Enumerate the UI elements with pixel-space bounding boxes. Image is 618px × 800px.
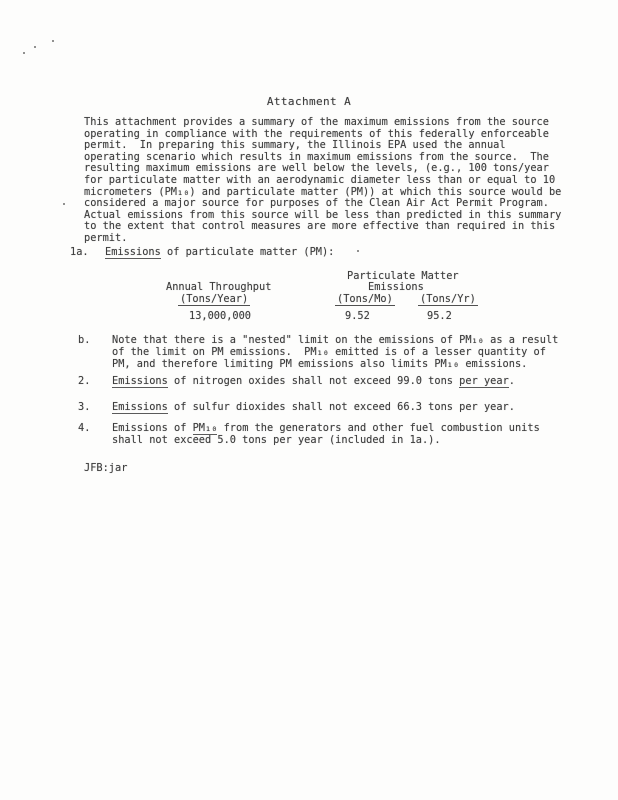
item-3-text: Emissions of sulfur dioxides shall not e… — [112, 401, 515, 413]
item-b-line: PM, and therefore limiting PM emissions … — [112, 358, 558, 370]
item-3-rest: of sulfur dioxides shall not exceed 66.3… — [168, 401, 515, 413]
intro-line: permit. — [84, 233, 604, 245]
tons-yr-label: (Tons/Yr) — [418, 293, 478, 306]
document-title: Attachment A — [0, 95, 618, 108]
item-3-number: 3. — [78, 401, 90, 413]
scanned-document-page: Attachment A This attachment provides a … — [0, 0, 618, 800]
item-4-line2: shall not exceed 5.0 tons per year (incl… — [112, 434, 540, 446]
item-4-line1: Emissions of PM₁₀ from the generators an… — [112, 422, 540, 434]
intro-line: to the extent that control measures are … — [84, 221, 604, 233]
item-1a-number: 1a. — [70, 246, 89, 258]
item-b-text: Note that there is a "nested" limit on t… — [112, 334, 558, 370]
tons-year-label: (Tons/Year) — [178, 293, 250, 306]
table-col2-units-mo: (Tons/Mo) — [337, 293, 393, 305]
item-2-per-year-underlined: per year — [459, 375, 509, 388]
intro-line: for particulate matter with an aerodynam… — [84, 175, 604, 187]
item-3-emissions-underlined: Emissions — [112, 401, 168, 414]
document-content: Attachment A This attachment provides a … — [0, 0, 618, 800]
item-2-end: . — [509, 375, 515, 387]
throughput-value: 13,000,000 — [189, 310, 251, 322]
table-col1-units: (Tons/Year) — [180, 293, 248, 305]
table-col2-header: Emissions — [368, 281, 424, 293]
intro-line: considered a major source for purposes o… — [84, 198, 604, 210]
tons-per-month-value: 9.52 — [345, 310, 370, 322]
item-2-number: 2. — [78, 375, 90, 387]
intro-line: This attachment provides a summary of th… — [84, 117, 604, 129]
item-4-number: 4. — [78, 422, 90, 434]
item-b-line: Note that there is a "nested" limit on t… — [112, 334, 558, 346]
signoff-initials: JFB:jar — [84, 462, 127, 474]
item-1a-rest: of particulate matter (PM): — [161, 246, 335, 258]
item-4-line1-post: from the generators and other fuel combu… — [217, 422, 539, 434]
item-b-line: of the limit on PM emissions. PM₁₀ emitt… — [112, 346, 558, 358]
item-2-emissions-underlined: Emissions — [112, 375, 168, 388]
table-col1-header: Annual Throughput — [166, 281, 271, 293]
item-1a-text: Emissions of particulate matter (PM): — [105, 246, 334, 258]
tons-per-year-value: 95.2 — [427, 310, 452, 322]
item-b-number: b. — [78, 334, 90, 346]
tons-mo-label: (Tons/Mo) — [335, 293, 395, 306]
item-1a-emissions-underlined: Emissions — [105, 246, 161, 259]
intro-paragraph: This attachment provides a summary of th… — [84, 117, 604, 245]
item-2-mid: of nitrogen oxides shall not exceed 99.0… — [168, 375, 459, 387]
item-4-line1-pre: Emissions of — [112, 422, 193, 434]
item-4-text: Emissions of PM₁₀ from the generators an… — [112, 422, 540, 446]
table-col2-units-yr: (Tons/Yr) — [420, 293, 476, 305]
item-2-text: Emissions of nitrogen oxides shall not e… — [112, 375, 515, 387]
